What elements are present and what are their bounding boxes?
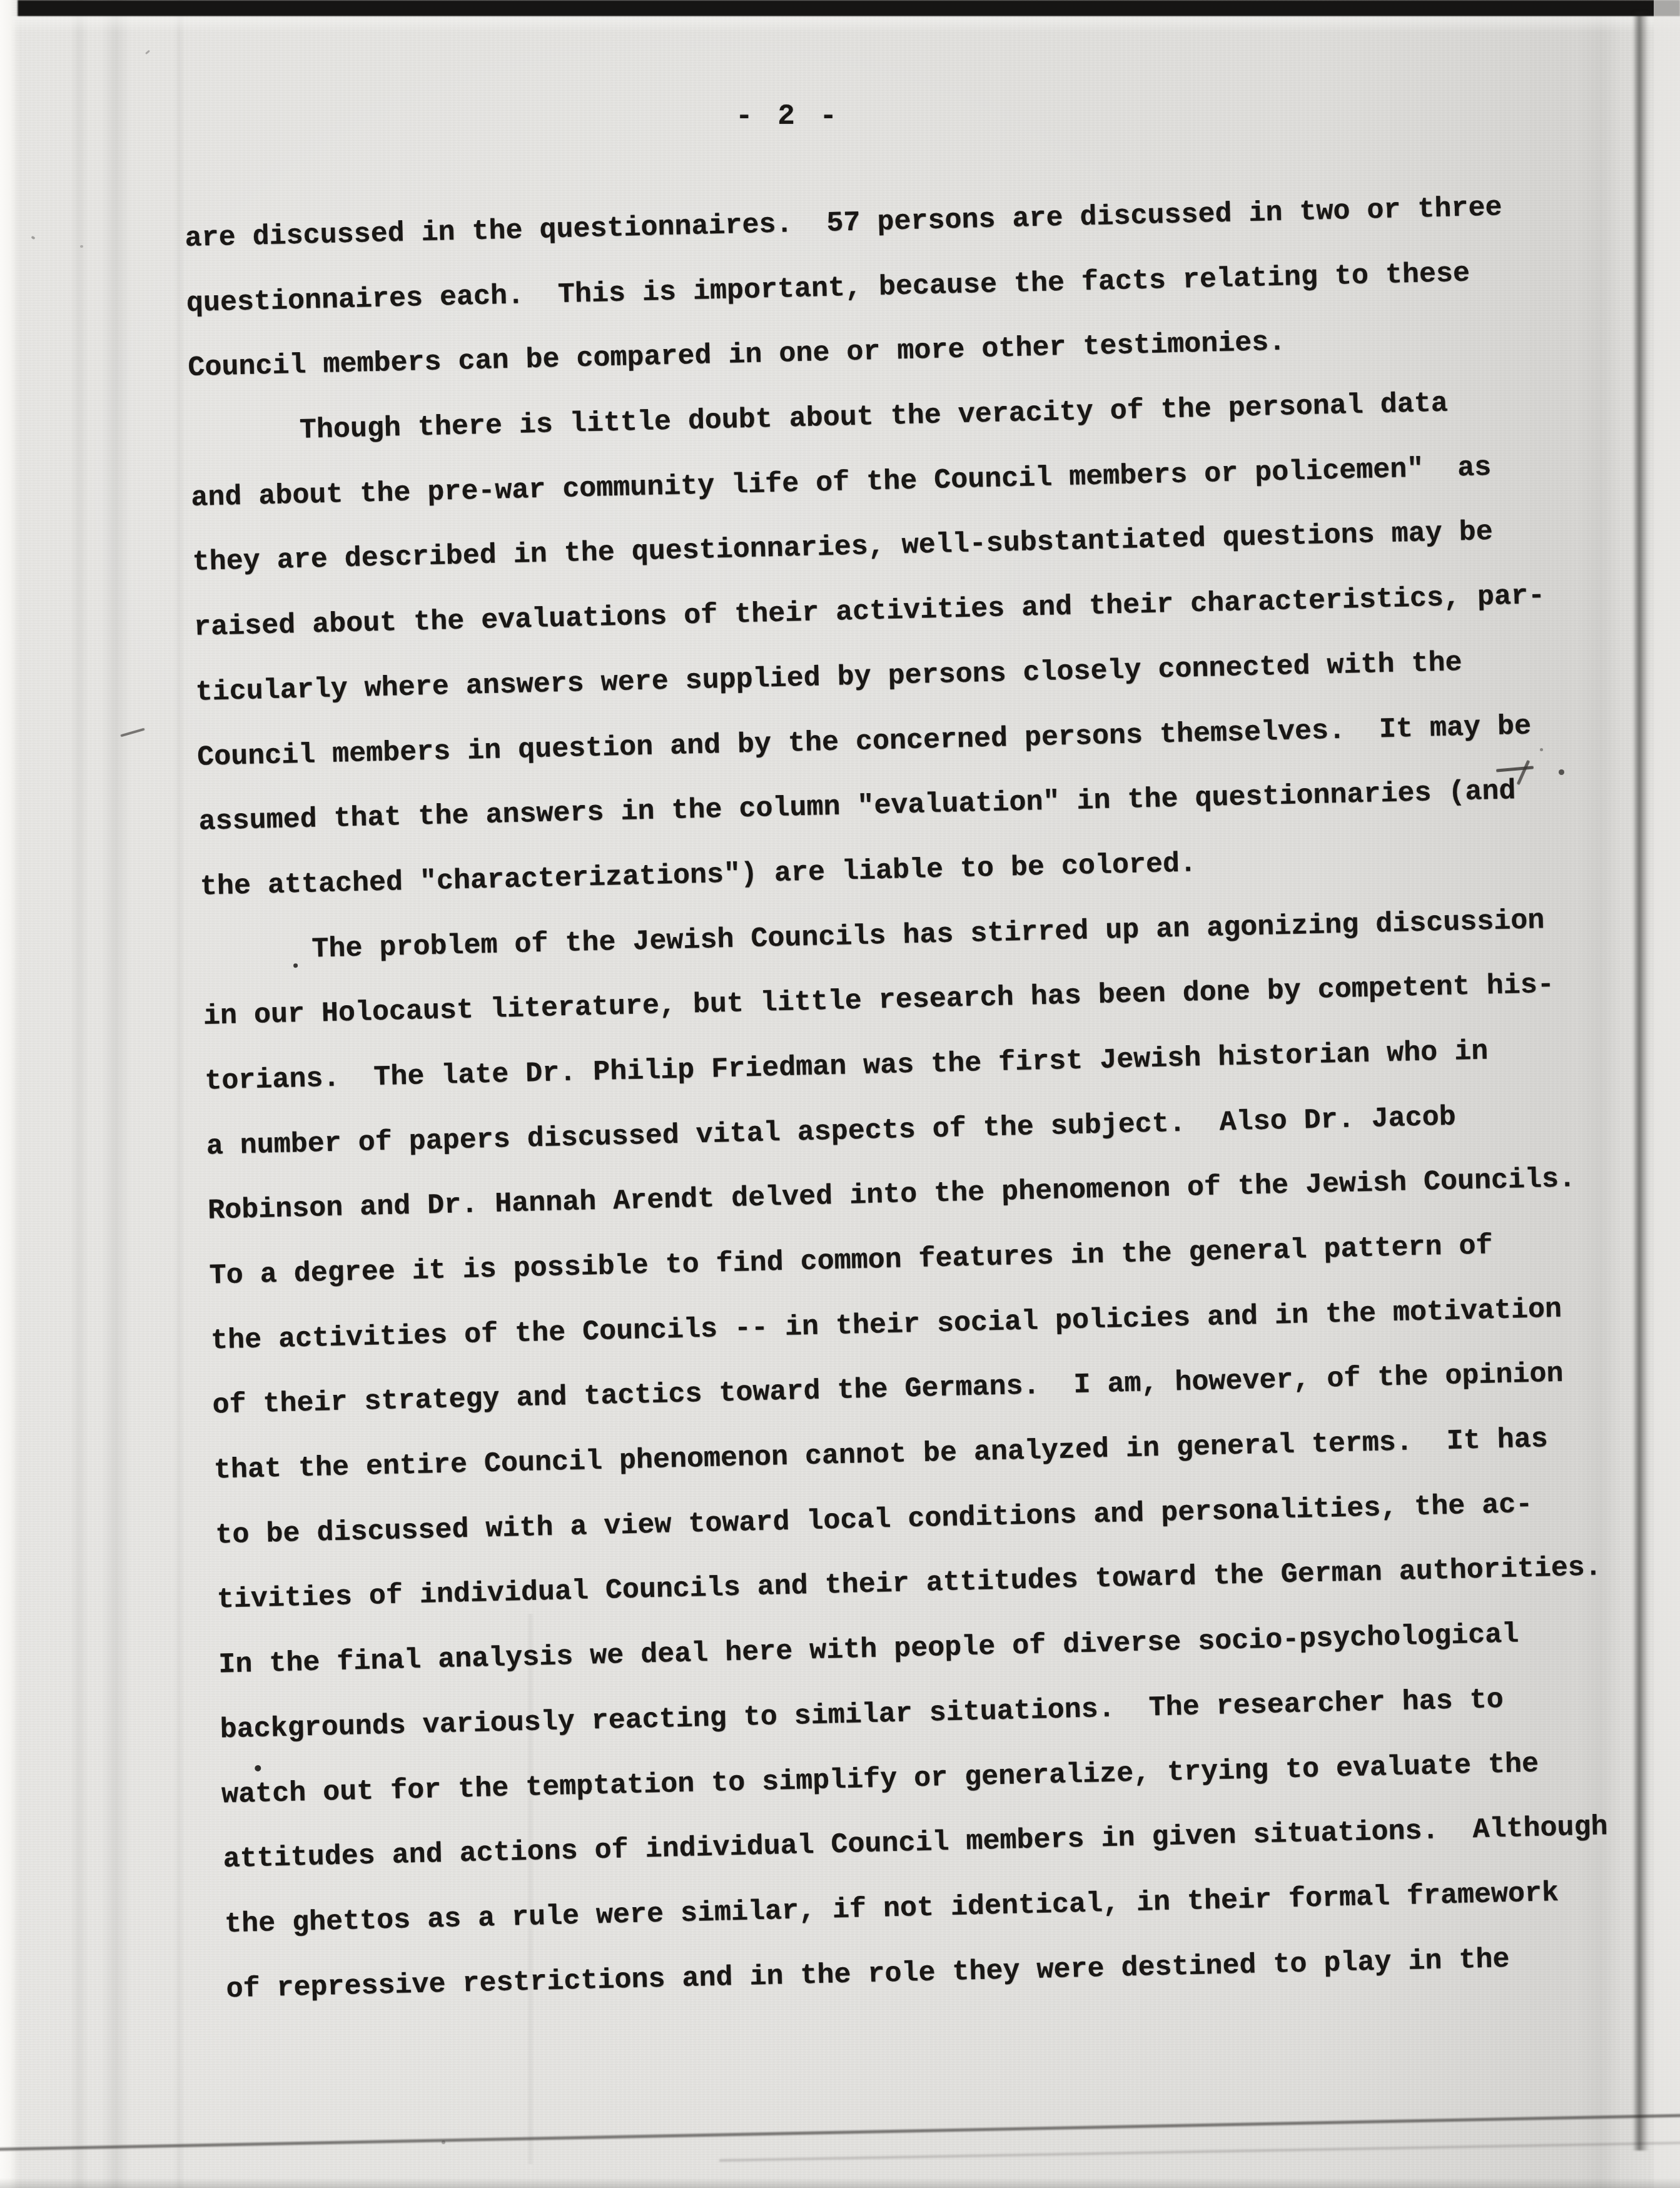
- scanned-document-page: - 2 - are discussed in the questionnaire…: [0, 0, 1680, 2188]
- scanner-edge-bottom: [0, 2178, 1680, 2188]
- page-number: - 2 -: [719, 100, 857, 133]
- page-edge-shadow-right: [1632, 11, 1649, 2150]
- scanner-margin-right: [1654, 0, 1680, 2188]
- typed-text-body: are discussed in the questionnaires. 57 …: [185, 188, 1641, 2037]
- page-top-highlight: [0, 16, 1680, 33]
- scanner-edge-left: [0, 0, 19, 2188]
- scanner-edge-top: [18, 0, 1680, 16]
